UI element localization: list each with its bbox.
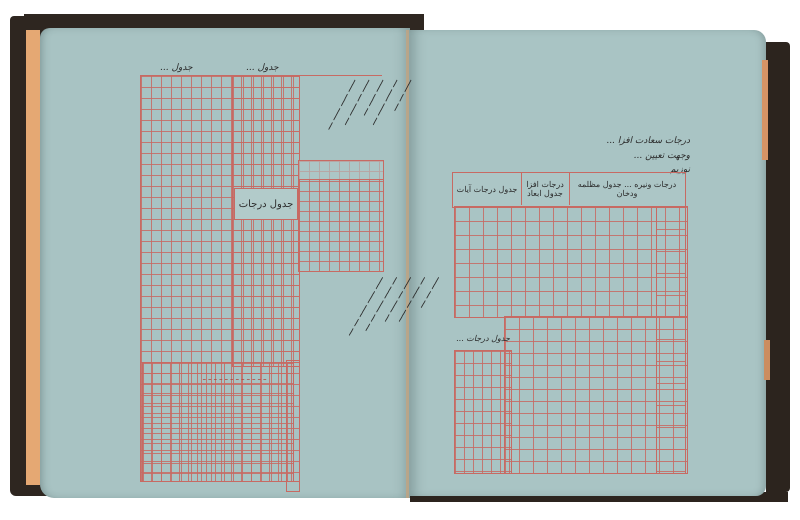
left-small-table-header <box>298 160 384 180</box>
book-gutter <box>406 30 409 498</box>
right-table-header: جدول درجات آيات درجات افزا جدول ابعاد در… <box>452 172 686 208</box>
page-edges-right <box>762 60 768 160</box>
intro-text-line-2: وجهت تعيين ... <box>440 150 690 163</box>
left-margin-text-bottom: ـــــ ـــــ ـــــ ـــ ـــ ـــ ـــــ ــــ… <box>300 270 390 400</box>
intro-text-line-1: درجات سعادت افزا ... <box>440 135 690 148</box>
zodiac-sign-column <box>656 206 686 474</box>
lower-table-header: جدول درجات ... <box>454 332 510 345</box>
page-edges-left <box>26 30 40 485</box>
right-lower-left-table <box>454 350 512 474</box>
left-header-label-2: جدول ... <box>246 62 279 75</box>
header-cell-muzlime: درجات ونيره ... جدول مظلمه ودخان <box>569 173 685 205</box>
header-cell-ayat: جدول درجات آيات <box>453 173 522 205</box>
left-index-column <box>286 360 300 492</box>
center-box-label: جدول درجات <box>234 188 298 220</box>
left-bottom-table-header-row: ـ ـ ـ ـ ـ ـ ـ ـ ـ ـ ـ ـ <box>146 372 266 385</box>
page-edges-right-lower <box>764 340 770 380</box>
left-margin-text-top: ـــــ ـــــ ـــــ ـــ ـــــ ـــ ـــــ ــ… <box>298 75 382 161</box>
right-main-table <box>454 206 688 318</box>
left-grid-table-right-section <box>232 75 300 367</box>
book-cover-right <box>766 42 790 492</box>
left-header-label-1: جدول ... <box>160 62 193 75</box>
header-cell-afza: درجات افزا جدول ابعاد <box>521 173 570 205</box>
